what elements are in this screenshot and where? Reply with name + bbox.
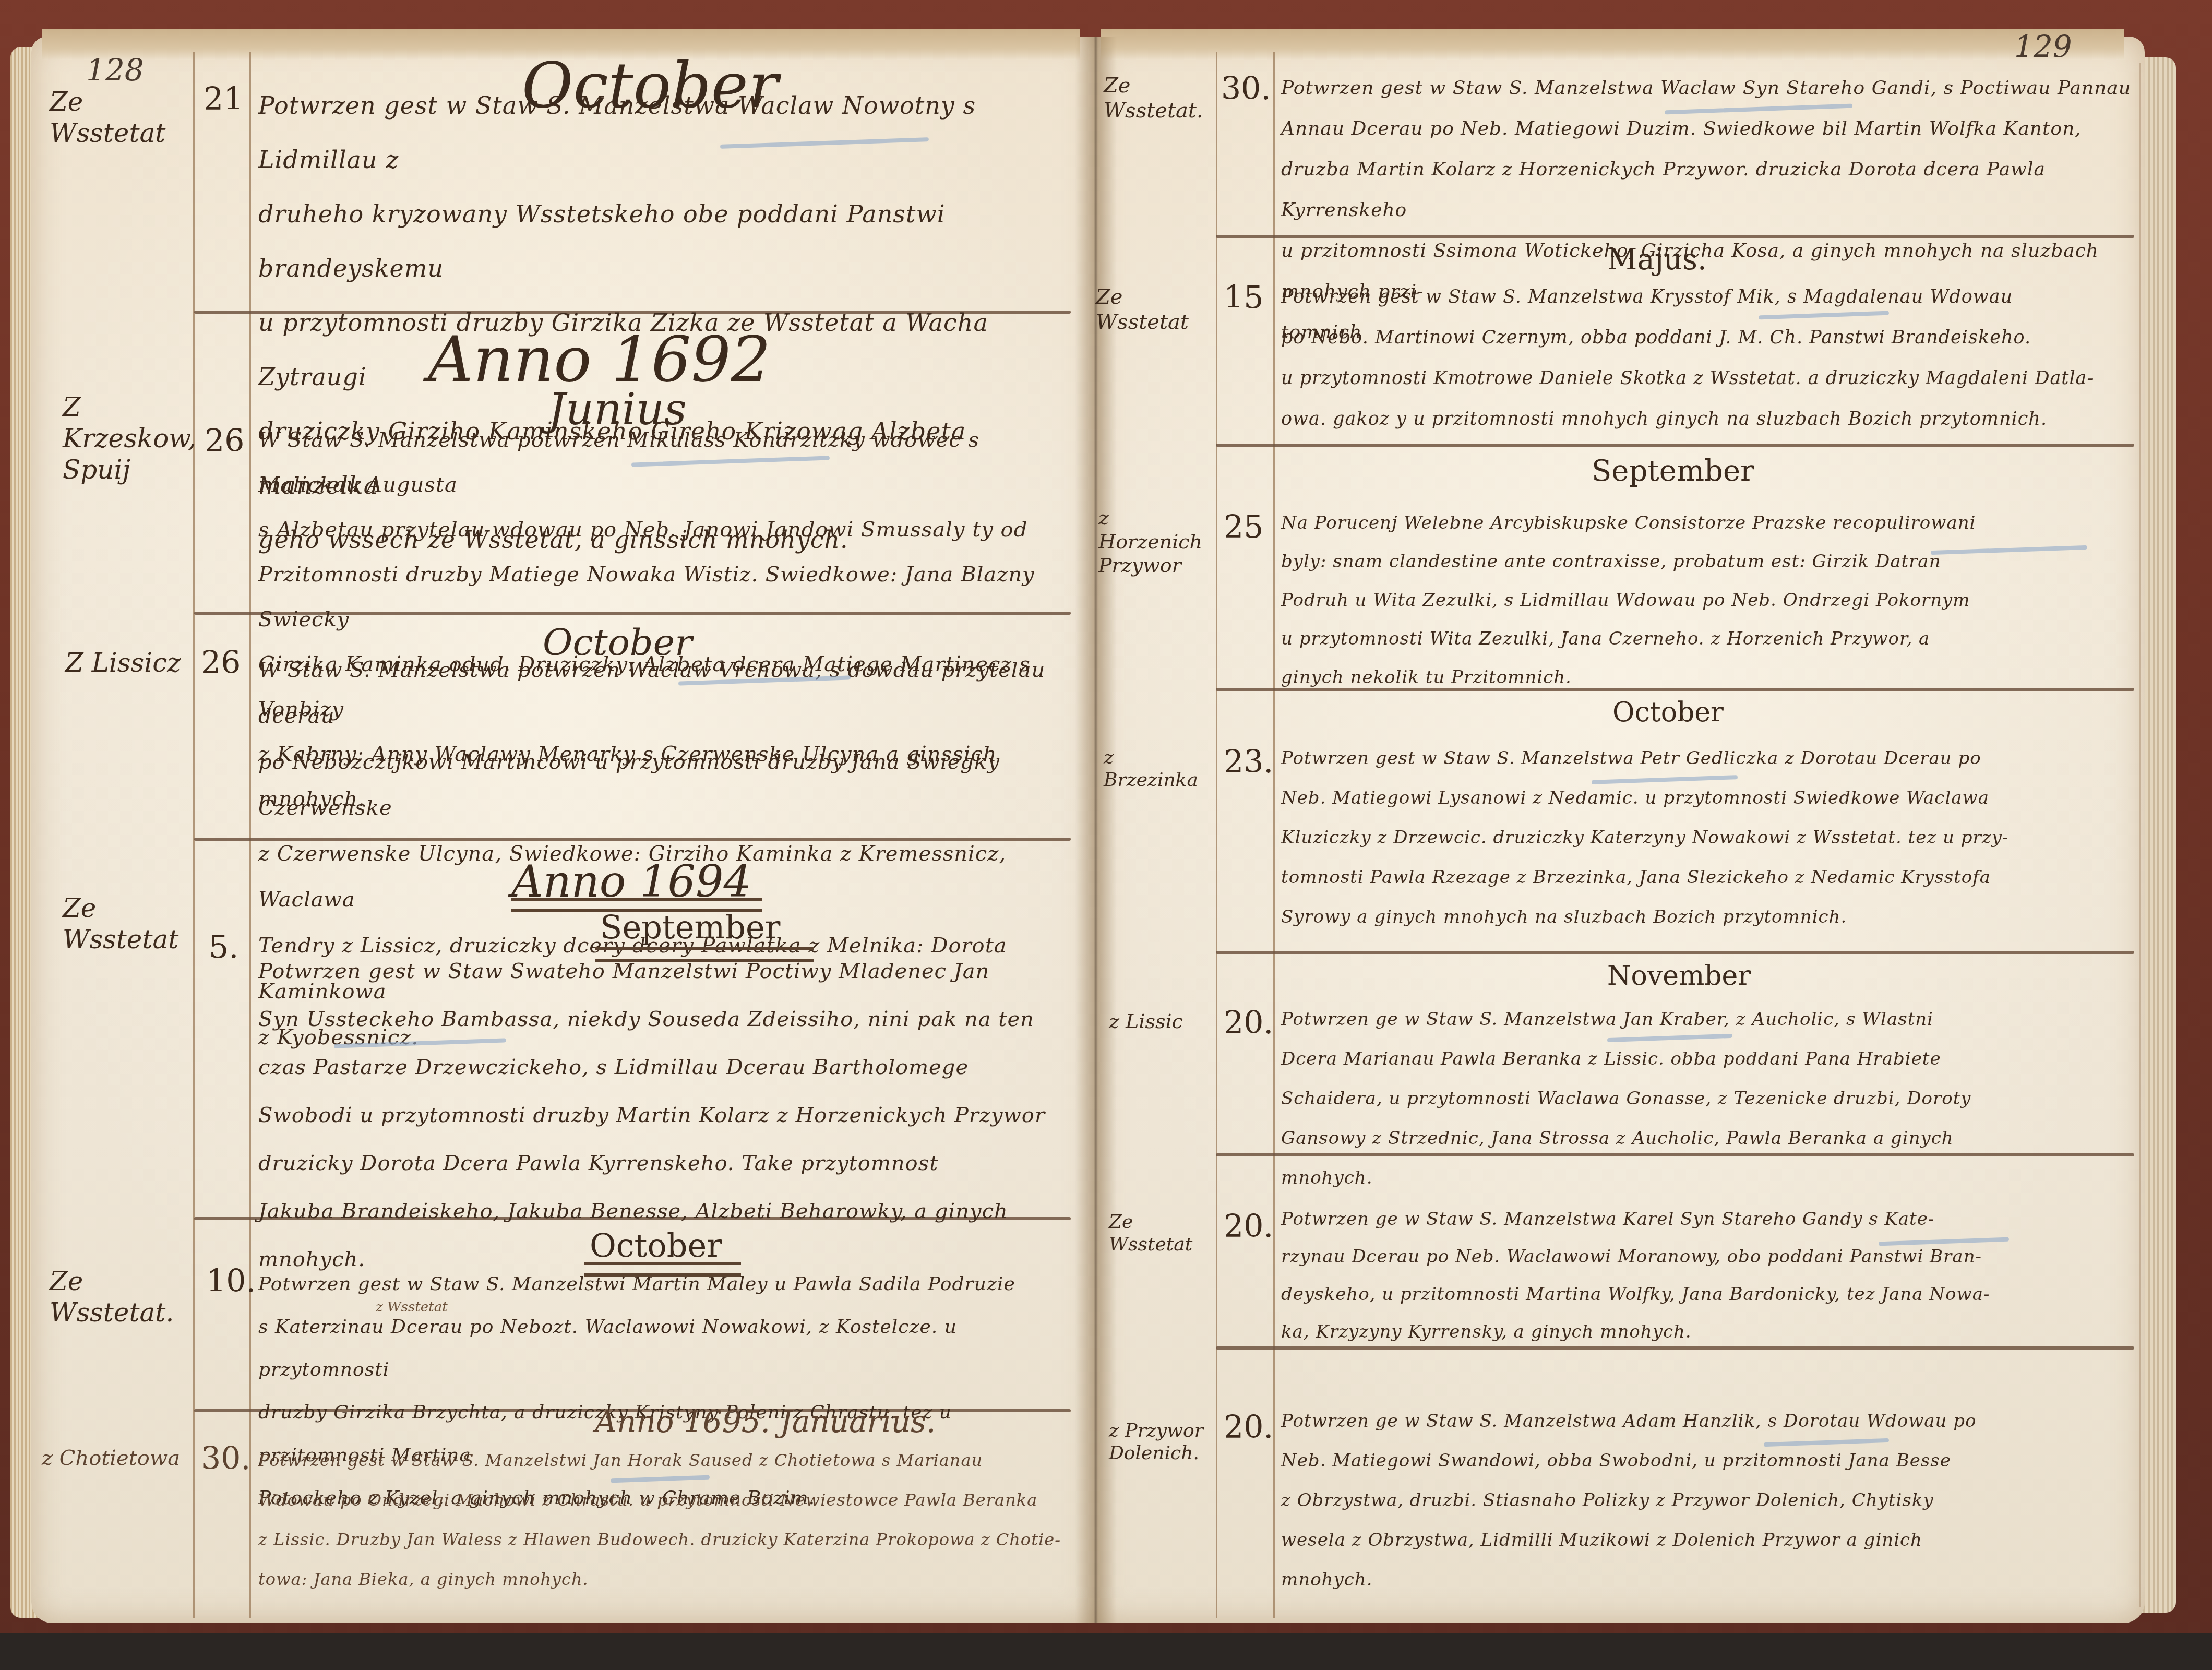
- entry-text: Na Porucenj Welebne Arcybiskupske Consis…: [1281, 504, 2132, 697]
- entry-text: Potwrzen ge w Staw S. Manzelstwa Adam Ha…: [1281, 1401, 2132, 1600]
- right-page-number: 129: [2014, 29, 2072, 64]
- right-page-top-edge: [1101, 29, 2124, 60]
- month-heading: October: [1612, 697, 1724, 728]
- margin-village: Ze Wsstetat: [1096, 284, 1216, 335]
- entry-day: 10.: [206, 1263, 256, 1299]
- left-margin-rule: [193, 52, 195, 1618]
- entry-day: 30.: [201, 1440, 250, 1477]
- interlinear-note: z Wsstetat: [376, 1299, 448, 1315]
- left-page-number: 128: [86, 52, 144, 88]
- entry-day: 20.: [1224, 1005, 1273, 1041]
- month-heading: Majus.: [1607, 243, 1707, 277]
- entry-day: 26: [205, 423, 244, 459]
- margin-village: z Chotietowa: [42, 1446, 188, 1471]
- margin-village: Ze Wsstetat: [1109, 1211, 1213, 1256]
- year-heading: Anno 1695. Januarius.: [595, 1404, 936, 1439]
- month-heading: November: [1607, 960, 1751, 992]
- margin-village: z Lissic: [1109, 1010, 1213, 1034]
- margin-village: z Horzenich Przywor: [1098, 506, 1213, 578]
- entry-day: 20.: [1224, 1208, 1273, 1245]
- entry-text: Potwrzen ge w Staw S. Manzelstwa Karel S…: [1281, 1200, 2132, 1351]
- right-day-rule: [1273, 52, 1275, 1618]
- margin-village: Ze Wsstetat.: [1104, 73, 1213, 123]
- month-heading: September: [600, 908, 780, 946]
- entry-day: 5.: [209, 929, 238, 965]
- margin-village: z Przywor Dolenich.: [1109, 1419, 1213, 1464]
- margin-village: Z Krzeskow, Spuij: [63, 391, 183, 485]
- margin-village: Ze Wsstetat.: [50, 1266, 185, 1328]
- entry-day: 25: [1224, 509, 1263, 545]
- book-gutter: [1075, 37, 1117, 1623]
- right-outer-rule: [2139, 63, 2141, 1607]
- entry-day: 30.: [1221, 70, 1271, 107]
- entry-day: 15: [1224, 279, 1263, 316]
- month-heading: September: [1592, 454, 1754, 488]
- entry-divider: [1216, 444, 2134, 447]
- margin-village: z Brzezinka: [1104, 746, 1213, 791]
- month-heading: October: [590, 1226, 722, 1265]
- entry-text: Potwrzen gest w Staw S. Manzelstwi Jan H…: [258, 1440, 1072, 1599]
- entry-text: Potwrzen gest w Staw S. Manzelstwa Petr …: [1281, 738, 2132, 937]
- margin-village: Z Lissicz: [65, 647, 185, 678]
- table-surface: [0, 1633, 2212, 1670]
- entry-text: Potwrzen ge w Staw S. Manzelstwa Jan Kra…: [1281, 999, 2132, 1198]
- right-margin-rule: [1216, 52, 1217, 1618]
- entry-day: 23.: [1224, 744, 1273, 780]
- entry-day: 26: [201, 645, 241, 681]
- entry-day: 21: [204, 81, 243, 117]
- left-day-rule: [249, 52, 251, 1618]
- entry-divider: [1216, 951, 2134, 954]
- entry-text: Potwrzen gest w Staw S. Manzelstwa Kryss…: [1281, 277, 2132, 439]
- entry-day: 20.: [1224, 1409, 1273, 1446]
- margin-village: Ze Wsstetat: [63, 892, 188, 955]
- margin-village: Ze Wsstetat: [50, 86, 190, 149]
